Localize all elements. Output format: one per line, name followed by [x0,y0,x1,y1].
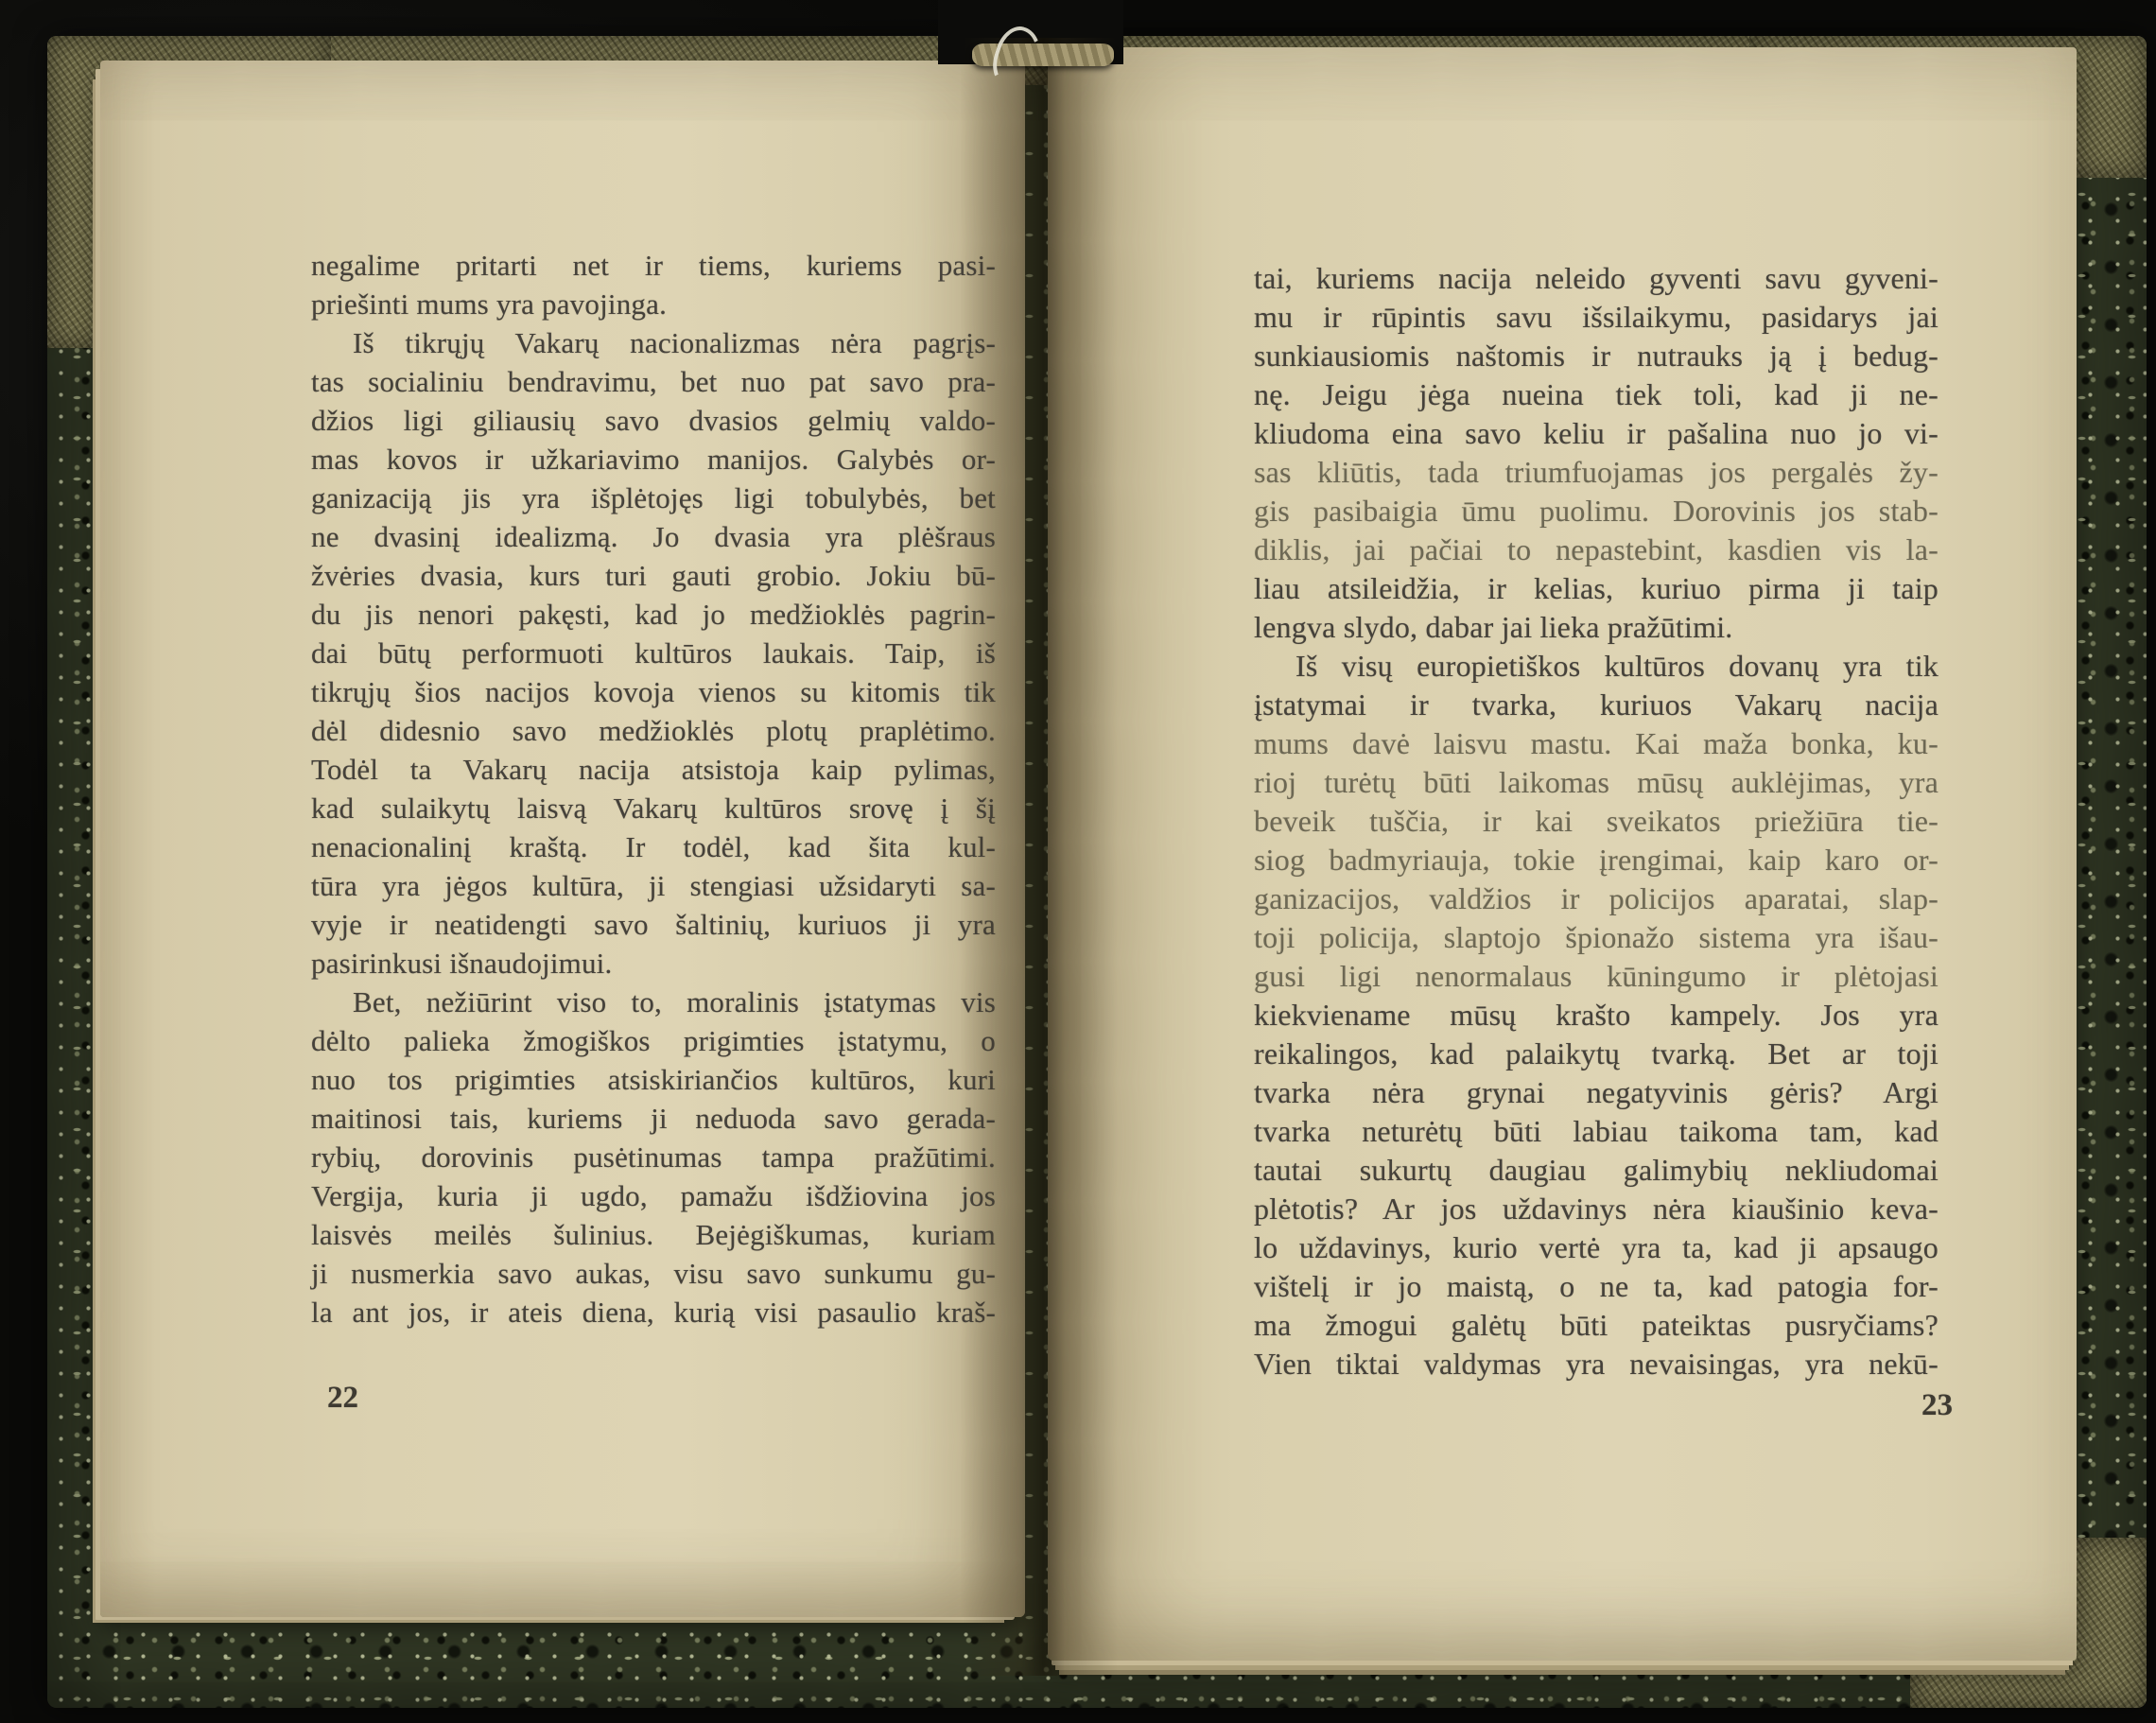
text-line: vištelį ir jo maistą, o ne ta, kad patog… [1254,1267,1939,1306]
text-line: tas socialiniu bendravimu, bet nuo pat s… [311,362,996,401]
text-line: du jis nenori pakęsti, kad jo medžioklės… [311,595,996,634]
text-line: ganizaciją jis yra išplėtojęs ligi tobul… [311,479,996,517]
text-line: tikrųjų šios nacijos kovoja vienos su ki… [311,672,996,711]
text-line: sas kliūtis, tada triumfuojamas jos perg… [1254,453,1939,492]
text-line: mu ir rūpintis savu išsilaikymu, pasidar… [1254,298,1939,337]
page-right: tai, kuriems nacija neleido gyventi savu… [1048,47,2077,1661]
text-line: tūra yra jėgos kultūra, ji stengiasi užs… [311,866,996,905]
text-line: diklis, jai pačiai to nepastebint, kasdi… [1254,531,1939,569]
text-line: tvarka neturėtų būti labiau taikoma tam,… [1254,1112,1939,1151]
text-line: nuo tos prigimties atsiskiriančios kultū… [311,1060,996,1099]
text-line: Vien tiktai valdymas yra nevaisingas, yr… [1254,1345,1939,1384]
text-line: plėtotis? Ar jos uždavinys nėra kiaušini… [1254,1190,1939,1228]
text-line: lengva slydo, dabar jai lieka pražūtimi. [1254,608,1939,647]
text-line: maitinosi tais, kuriems ji neduoda savo … [311,1099,996,1138]
text-line: kiekviename mūsų krašto kampely. Jos yra [1254,996,1939,1035]
text-line: ji nusmerkia savo aukas, visu savo sunku… [311,1254,996,1293]
text-line: tai, kuriems nacija neleido gyventi savu… [1254,259,1939,298]
text-line: lo uždavinys, kurio vertė yra ta, kad ji… [1254,1228,1939,1267]
page-left: negalime pritarti net ir tiems, kuriems … [100,61,1025,1617]
text-line: nę. Jeigu jėga nueina tiek toli, kad ji … [1254,375,1939,414]
text-line: Bet, nežiūrint viso to, moralinis įstaty… [311,983,996,1021]
text-line: tautai sukurtų daugiau galimybių nekliud… [1254,1151,1939,1190]
text-line: džios ligi giliausių savo dvasios gelmių… [311,401,996,440]
text-line: žvėries dvasia, kurs turi gauti grobio. … [311,556,996,595]
text-line: nenacionalinį kraštą. Ir todėl, kad šita… [311,827,996,866]
page-number-right: 23 [1921,1388,1953,1423]
text-line: ma žmogui galėtų būti pateiktas pusryčia… [1254,1306,1939,1345]
text-line: pasirinkusi išnaudojimui. [311,944,996,983]
text-line: la ant jos, ir ateis diena, kurią visi p… [311,1293,996,1331]
text-line: liau atsileidžia, ir kelias, kuriuo pirm… [1254,569,1939,608]
text-line: dėlto palieka žmogiškos prigimties įstat… [311,1021,996,1060]
book-scan-photo: negalime pritarti net ir tiems, kuriems … [0,0,2156,1723]
left-page-text: negalime pritarti net ir tiems, kuriems … [311,246,996,1331]
text-line: siog badmyriauja, tokie įrengimai, kaip … [1254,841,1939,879]
text-line: gis pasibaigia ūmu puolimu. Dorovinis jo… [1254,492,1939,531]
text-line: rybių, dorovinis pusėtinumas tampa pražū… [311,1138,996,1176]
text-line: ganizacijos, valdžios ir policijos apara… [1254,879,1939,918]
text-line: gusi ligi nenormalaus kūningumo ir plėto… [1254,957,1939,996]
text-line: dėl didesnio savo medžioklės plotų prapl… [311,711,996,750]
text-line: dai būtų performuoti kultūros laukais. T… [311,634,996,672]
text-line: mums davė laisvu mastu. Kai maža bonka, … [1254,724,1939,763]
text-line: Todėl ta Vakarų nacija atsistoja kaip py… [311,750,996,789]
text-line: Iš tikrųjų Vakarų nacionalizmas nėra pag… [311,323,996,362]
text-line: įstatymai ir tvarka, kuriuos Vakarų naci… [1254,686,1939,724]
text-line: sunkiausiomis naštomis ir nutrauks ją į … [1254,337,1939,375]
text-line: kliudoma eina savo keliu ir pašalina nuo… [1254,414,1939,453]
text-line: Vergija, kuria ji ugdo, pamažu išdžiovin… [311,1176,996,1215]
text-line: laisvės meilės šulinius. Bejėgiškumas, k… [311,1215,996,1254]
text-line: toji policija, slaptojo špionažo sistema… [1254,918,1939,957]
page-number-left: 22 [327,1381,358,1416]
text-line: reikalingos, kad palaikytų tvarką. Bet a… [1254,1035,1939,1073]
text-line: negalime pritarti net ir tiems, kuriems … [311,246,996,285]
text-line: Iš visų europietiškos kultūros dovanų yr… [1254,647,1939,686]
text-line: beveik tuščia, ir kai sveikatos priežiūr… [1254,802,1939,841]
text-line: ne dvasinį idealizmą. Jo dvasia yra plėš… [311,517,996,556]
text-line: kad sulaikytų laisvą Vakarų kultūros sro… [311,789,996,827]
text-line: vyje ir neatidengti savo šaltinių, kuriu… [311,905,996,944]
text-line: tvarka nėra grynai negatyvinis gėris? Ar… [1254,1073,1939,1112]
text-line: rioj turėtų būti laikomas mūsų auklėjima… [1254,763,1939,802]
text-line: mas kovos ir užkariavimo manijos. Galybė… [311,440,996,479]
text-line: priešinti mums yra pavojinga. [311,285,996,323]
right-page-text: tai, kuriems nacija neleido gyventi savu… [1254,259,1939,1384]
